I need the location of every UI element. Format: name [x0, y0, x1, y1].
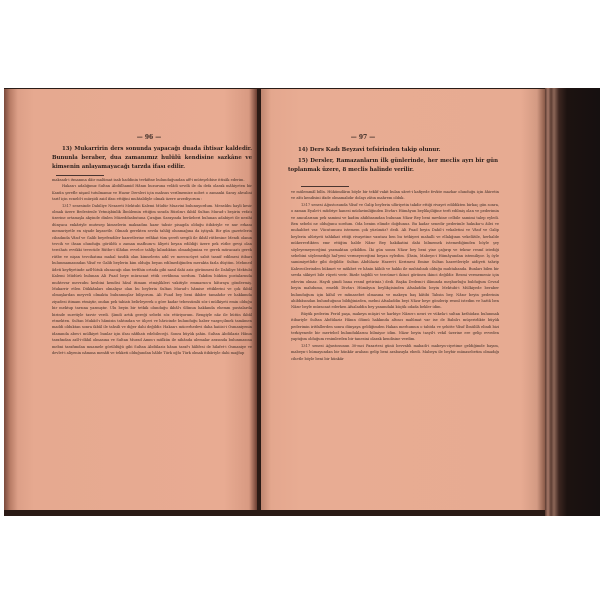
right-lead-paragraphs: 14) Ders Kadı Beyzavi tefsirinden takip … — [288, 146, 498, 177]
right-page-number: — 97 — — [333, 134, 393, 141]
footnote-rule — [301, 186, 349, 187]
left-lead-paragraph: 13) Mukarririn ders sonunda yapacağı dua… — [52, 145, 252, 174]
page-edges — [545, 88, 600, 516]
left-page: — 96 — 13) Mukarririn ders sonunda yapac… — [4, 89, 257, 511]
book-bottom-edge — [4, 510, 545, 516]
footnote-rule — [56, 175, 104, 176]
left-page-number: — 96 — — [119, 134, 179, 141]
right-page: — 97 — 14) Ders Kadı Beyzavi tefsirinden… — [261, 89, 545, 511]
right-body-text: ve mülemmâl bilîn. Hükümdârın böyle bir … — [291, 189, 499, 479]
open-book: — 96 — 13) Mukarririn ders sonunda yapac… — [4, 88, 600, 516]
left-body-text: maksadı-i itmanına dâir malûmat isab had… — [52, 177, 252, 467]
